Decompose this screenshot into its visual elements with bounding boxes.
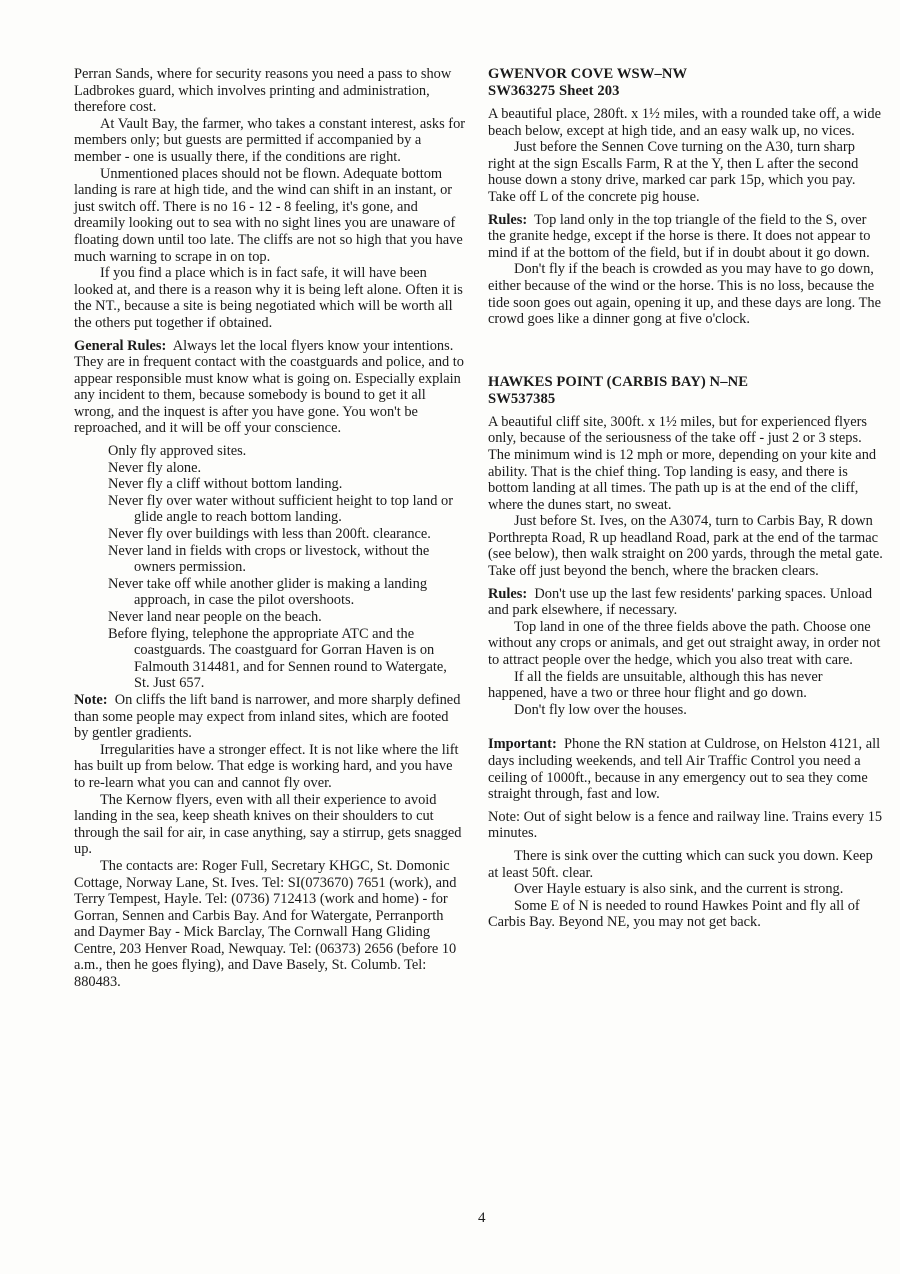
site-directions: Just before St. Ives, on the A3074, turn…: [488, 513, 884, 579]
rule-item: Before flying, telephone the appropriate…: [78, 626, 466, 692]
site-hawkes-point: HAWKES POINT (CARBIS BAY) N–NE SW537385 …: [488, 374, 884, 931]
site-rules: Rules: Top land only in the top triangle…: [488, 212, 884, 262]
general-rules-label: General Rules:: [74, 338, 166, 354]
site-gwenvor-cove: GWENVOR COVE WSW–NW SW363275 Sheet 203 A…: [488, 66, 884, 328]
rule-item: Never land near people on the beach.: [78, 609, 466, 626]
site-title: GWENVOR COVE WSW–NW: [488, 66, 884, 83]
paragraph-unmentioned-places: Unmentioned places should not be flown. …: [74, 166, 466, 266]
rules-text: Top land only in the top triangle of the…: [488, 212, 870, 261]
paragraph-unsuitable-fields: If all the fields are unsuitable, althou…: [488, 669, 884, 702]
paragraph-sink: There is sink over the cutting which can…: [488, 848, 884, 881]
site-title: HAWKES POINT (CARBIS BAY) N–NE: [488, 374, 884, 391]
paragraph-perran-sands: Perran Sands, where for security reasons…: [74, 66, 466, 116]
paragraph-vault-bay: At Vault Bay, the farmer, who takes a co…: [74, 116, 466, 166]
rules-label: Rules:: [488, 212, 527, 228]
paragraph-kernow-flyers: The Kernow flyers, even with all their e…: [74, 792, 466, 858]
left-column: Perran Sands, where for security reasons…: [74, 66, 466, 991]
rules-text: Don't use up the last few residents' par…: [488, 586, 872, 619]
important-label: Important:: [488, 736, 557, 752]
note-paragraph: Note: On cliffs the lift band is narrowe…: [74, 692, 466, 742]
paragraph-contacts: The contacts are: Roger Full, Secretary …: [74, 858, 466, 991]
rule-item: Never land in fields with crops or lives…: [78, 543, 466, 576]
general-rules-paragraph: General Rules: Always let the local flye…: [74, 338, 466, 438]
paragraph-beach-crowded: Don't fly if the beach is crowded as you…: [488, 261, 884, 327]
rule-item: Never take off while another glider is m…: [78, 576, 466, 609]
paragraph-hayle-estuary: Over Hayle estuary is also sink, and the…: [488, 881, 884, 898]
site-grid-ref: SW537385: [488, 391, 884, 408]
rule-item: Only fly approved sites.: [78, 443, 466, 460]
site-grid-ref: SW363275 Sheet 203: [488, 83, 884, 100]
rules-label: Rules:: [488, 586, 527, 602]
rule-item: Never fly a cliff without bottom landing…: [78, 476, 466, 493]
paragraph-irregularities: Irregularities have a stronger effect. I…: [74, 742, 466, 792]
note-label: Note:: [488, 809, 520, 825]
rule-item: Never fly over water without sufficient …: [78, 493, 466, 526]
rule-item: Never fly alone.: [78, 460, 466, 477]
note-text: On cliffs the lift band is narrower, and…: [74, 692, 460, 741]
rule-item: Never fly over buildings with less than …: [78, 526, 466, 543]
important-paragraph: Important: Phone the RN station at Culdr…: [488, 736, 884, 802]
note-text: Out of sight below is a fence and railwa…: [488, 809, 882, 842]
note-label: Note:: [74, 692, 108, 708]
rules-list: Only fly approved sites. Never fly alone…: [74, 443, 466, 692]
page-number: 4: [478, 1210, 486, 1227]
site-directions: Just before the Sennen Cove turning on t…: [488, 139, 884, 205]
site-description: A beautiful place, 280ft. x 1½ miles, wi…: [488, 106, 884, 139]
site-rules: Rules: Don't use up the last few residen…: [488, 586, 884, 619]
paragraph-round-point: Some E of N is needed to round Hawkes Po…: [488, 898, 884, 931]
paragraph-safe-place: If you find a place which is in fact saf…: [74, 265, 466, 331]
note-paragraph: Note: Out of sight below is a fence and …: [488, 809, 884, 842]
right-column: GWENVOR COVE WSW–NW SW363275 Sheet 203 A…: [488, 66, 884, 931]
paragraph-houses: Don't fly low over the houses.: [488, 702, 884, 719]
paragraph-top-land: Top land in one of the three fields abov…: [488, 619, 884, 669]
site-description: A beautiful cliff site, 300ft. x 1½ mile…: [488, 414, 884, 514]
